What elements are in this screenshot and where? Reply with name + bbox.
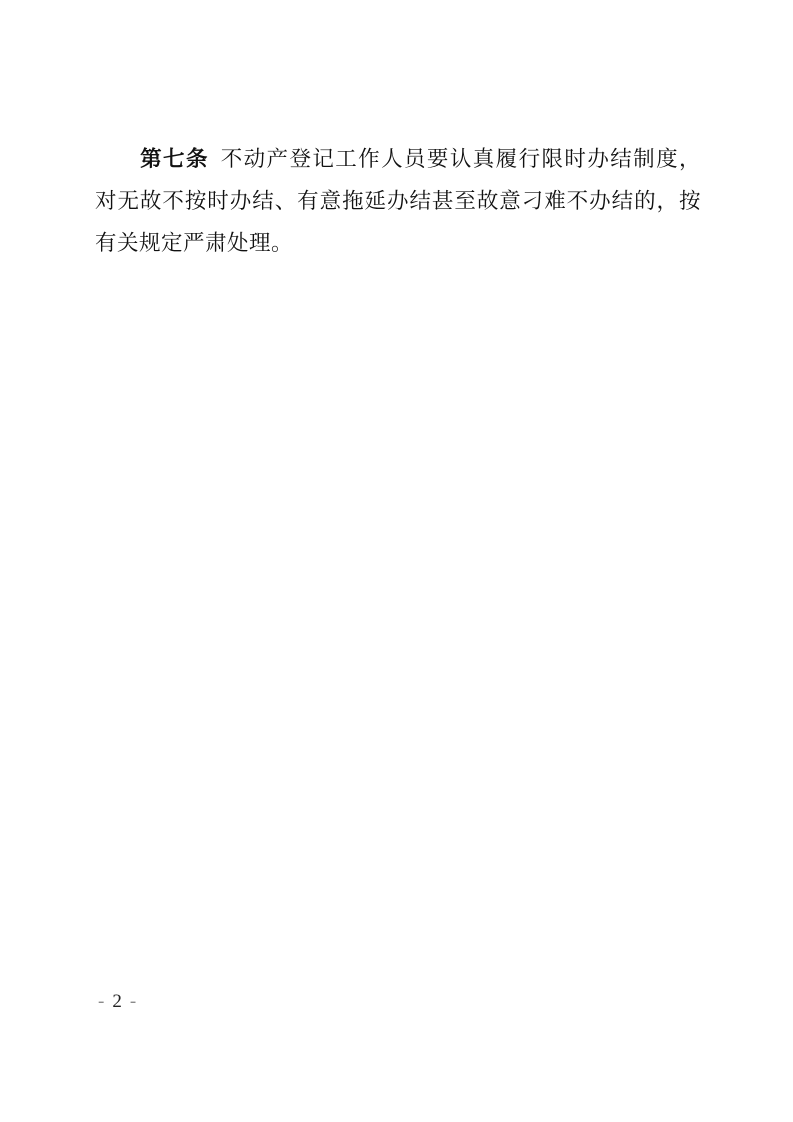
page-number: -2- — [98, 991, 138, 1013]
article-number-label: 第七条 — [140, 147, 209, 171]
page-number-dash-right: - — [130, 991, 138, 1012]
paragraph-article-7: 第七条不动产登记工作人员要认真履行限时办结制度，对无故不按时办结、有意拖延办结甚… — [95, 138, 701, 264]
document-page: 第七条不动产登记工作人员要认真履行限时办结制度，对无故不按时办结、有意拖延办结甚… — [0, 0, 793, 1122]
document-body: 第七条不动产登记工作人员要认真履行限时办结制度，对无故不按时办结、有意拖延办结甚… — [95, 138, 701, 264]
page-number-value: 2 — [106, 991, 130, 1012]
